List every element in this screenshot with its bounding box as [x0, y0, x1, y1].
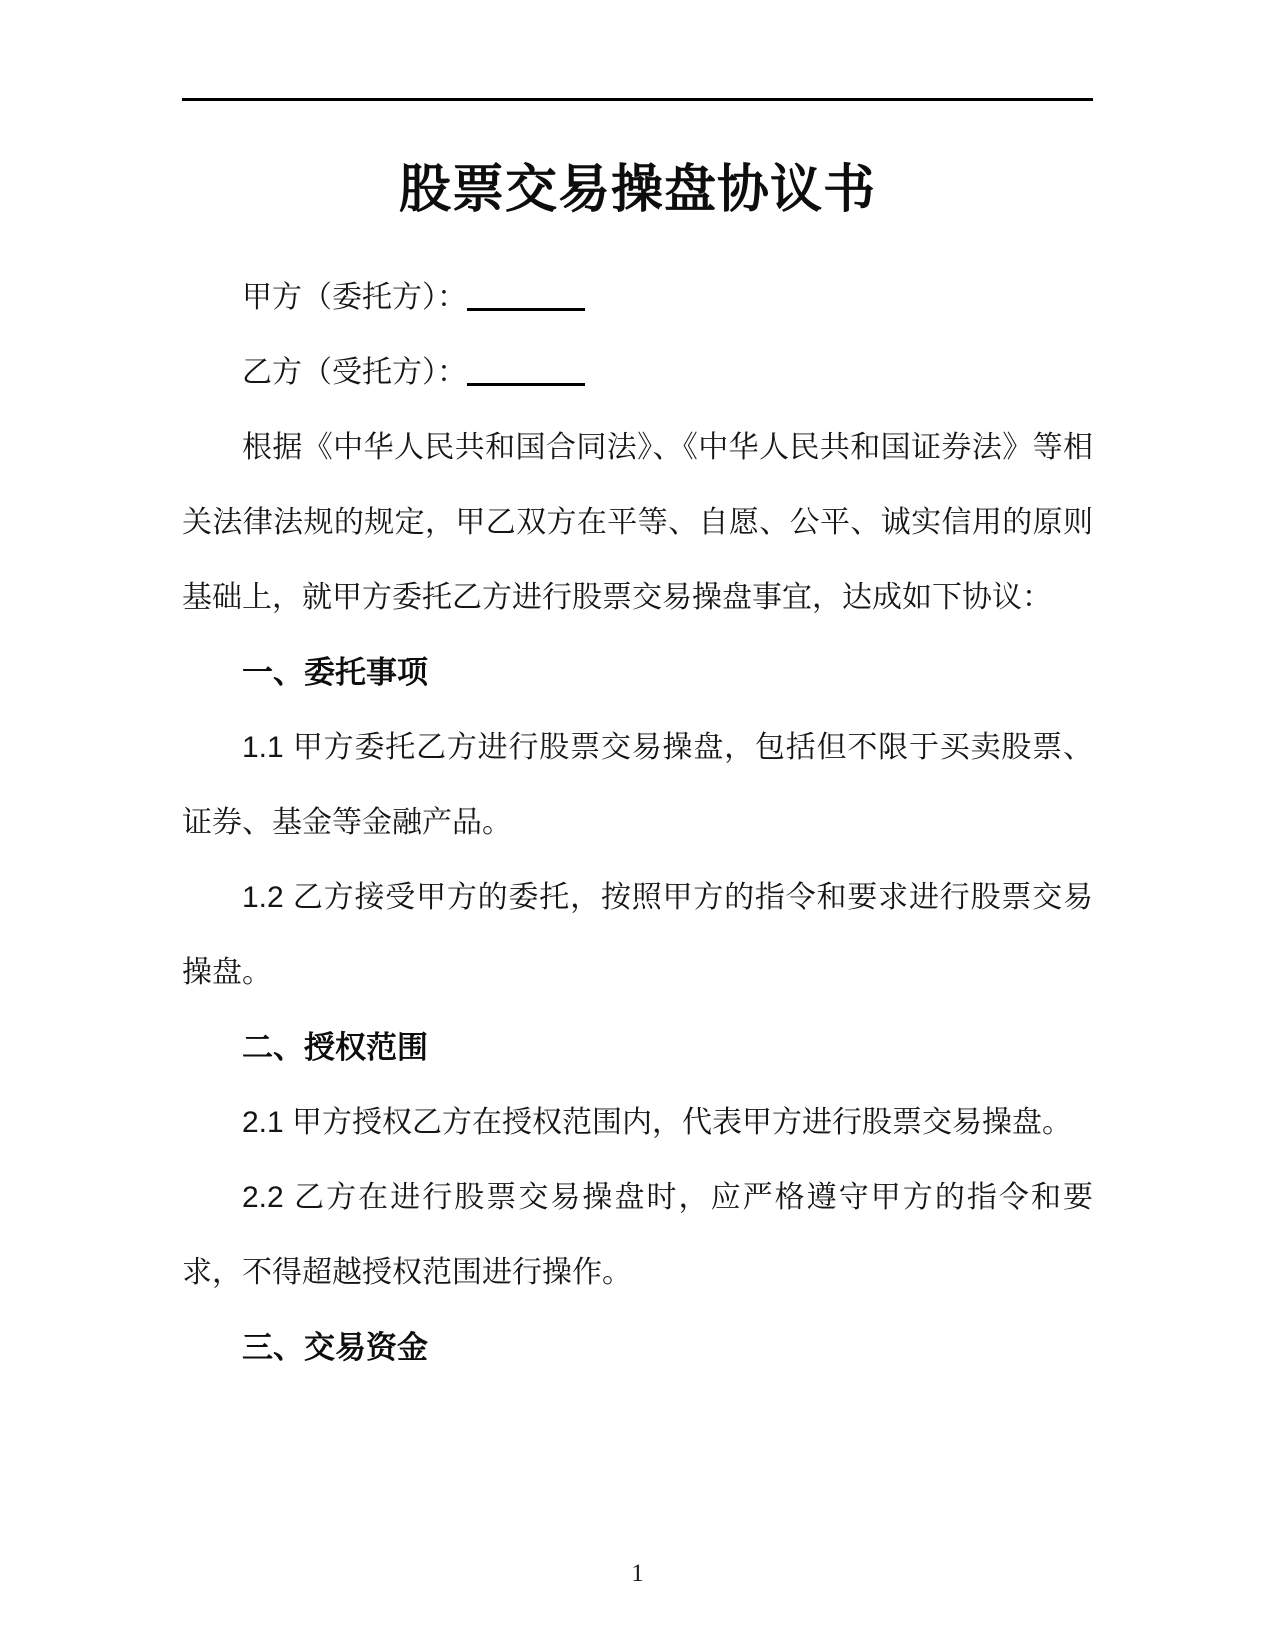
party-b-line: 乙方（受托方）： — [182, 335, 1093, 410]
section-1-heading: 一、委托事项 — [182, 635, 1093, 710]
party-a-label: 甲方（委托方）： — [242, 281, 467, 314]
section-2-heading: 二、授权范围 — [182, 1010, 1093, 1085]
clause-1-2: 1.2 乙方接受甲方的委托，按照甲方的指令和要求进行股票交易操盘。 — [182, 860, 1093, 1010]
header-divider — [182, 0, 1093, 101]
party-a-line: 甲方（委托方）： — [182, 260, 1093, 335]
party-a-blank-field — [467, 278, 585, 311]
clause-2-1: 2.1 甲方授权乙方在授权范围内，代表甲方进行股票交易操盘。 — [182, 1085, 1093, 1160]
party-b-blank-field — [467, 353, 585, 386]
preamble-paragraph: 根据《中华人民共和国合同法》、《中华人民共和国证券法》等相关法律法规的规定，甲乙… — [182, 410, 1093, 635]
document-page: 股票交易操盘协议书 甲方（委托方）： 乙方（受托方）： 根据《中华人民共和国合同… — [0, 0, 1275, 1650]
party-b-label: 乙方（受托方）： — [242, 356, 467, 389]
clause-1-1: 1.1 甲方委托乙方进行股票交易操盘，包括但不限于买卖股票、证券、基金等金融产品… — [182, 710, 1093, 860]
section-3-heading: 三、交易资金 — [182, 1310, 1093, 1385]
page-number: 1 — [0, 1561, 1275, 1586]
clause-2-2: 2.2 乙方在进行股票交易操盘时，应严格遵守甲方的指令和要求，不得超越授权范围进… — [182, 1160, 1093, 1310]
document-title: 股票交易操盘协议书 — [182, 153, 1093, 228]
